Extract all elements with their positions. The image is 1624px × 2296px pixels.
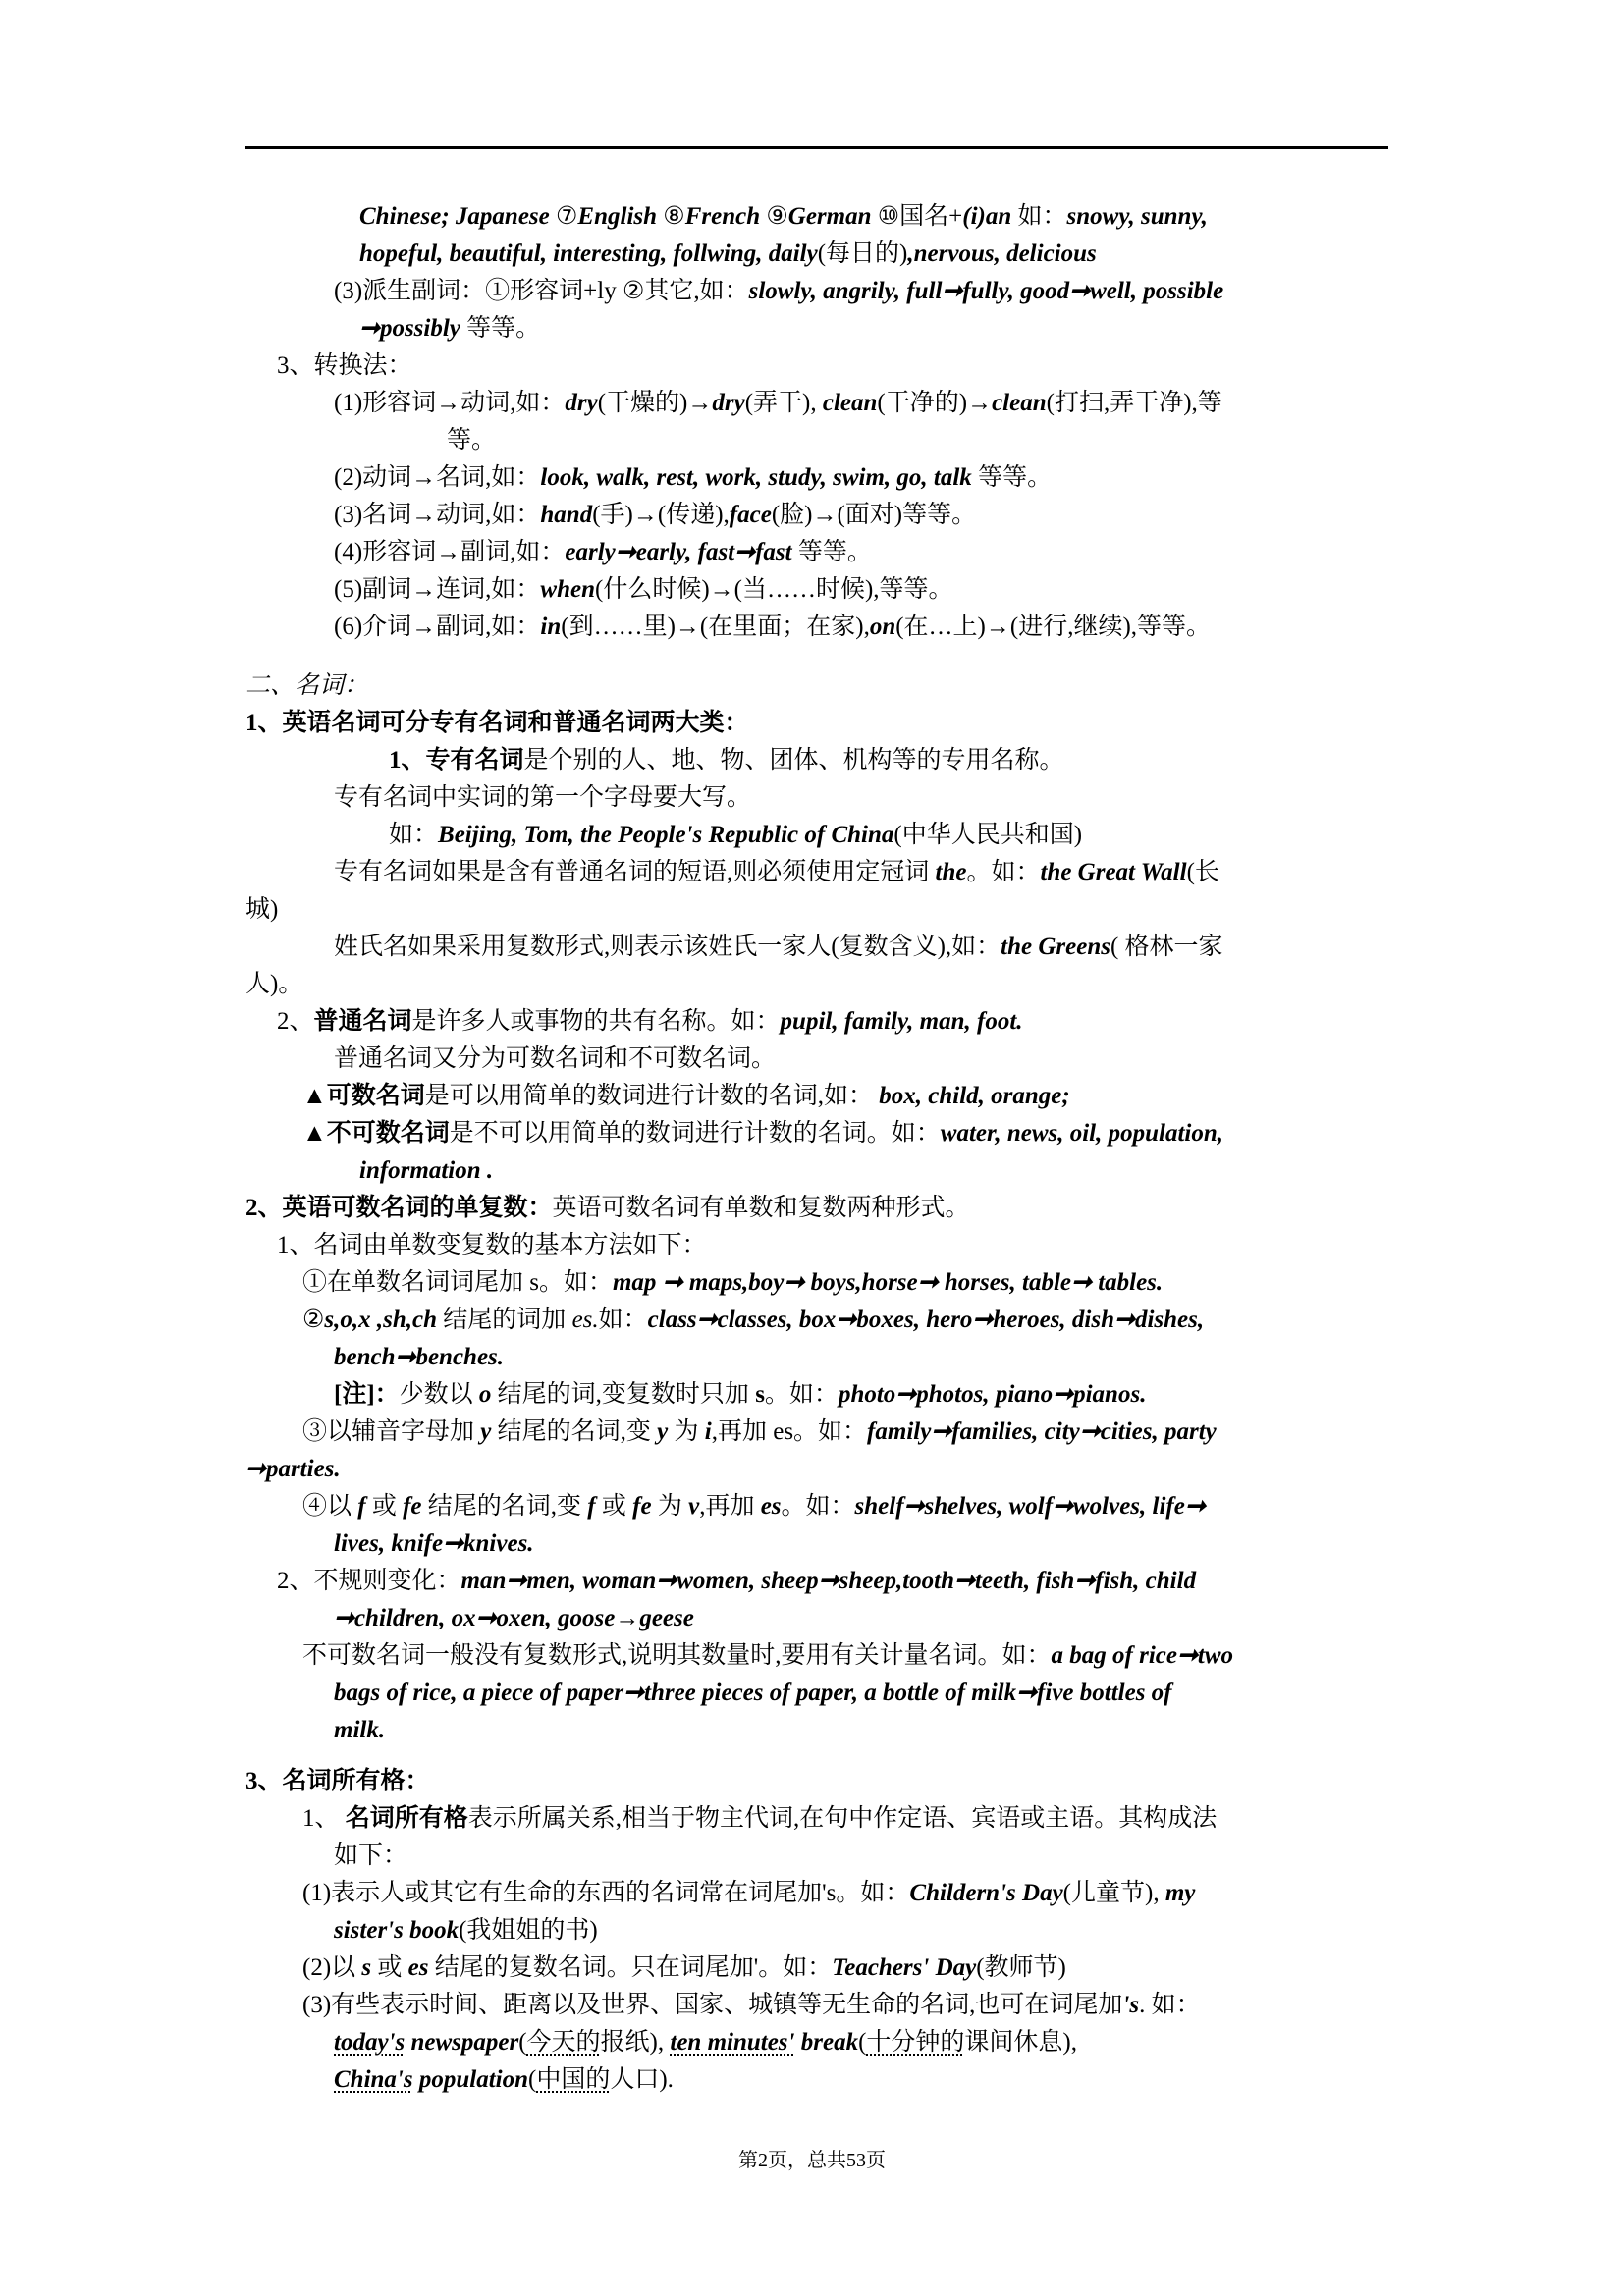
text-segment: China's	[334, 2066, 413, 2093]
text-segment: 为	[668, 1418, 705, 1445]
text-segment: 是个别的人、地、物、团体、机构等的专用名称。	[524, 747, 1064, 774]
text-segment: lives, knife➞knives.	[334, 1530, 534, 1557]
text-segment: hand	[540, 502, 592, 528]
text-segment: (4)形容词→副词,如：	[334, 539, 565, 565]
text-segment: y	[480, 1418, 491, 1445]
text-segment: 如：	[1145, 1992, 1200, 2018]
text-segment: 今天的	[527, 2029, 601, 2056]
text-segment: 普通名词	[314, 1008, 412, 1035]
text-line: ➞parties.	[245, 1455, 341, 1484]
text-line: (5)副词→连词,如：when(什么时候)→(当……时候),等等。	[334, 575, 953, 605]
text-segment: fe	[632, 1493, 651, 1520]
text-line: (3)有些表示时间、距离以及世界、国家、城镇等无生命的名词,也可在词尾加's. …	[302, 1991, 1201, 2020]
text-segment: (儿童节),	[1063, 1880, 1165, 1906]
text-segment: map ➞ maps,boy➞ boys,horse➞ horses, tabl…	[613, 1269, 1163, 1296]
text-line: 等。	[447, 426, 496, 455]
text-segment: (1)形容词→动词,如：	[334, 390, 565, 416]
text-segment: ③以辅音字母加	[302, 1418, 480, 1445]
text-segment: 。如：	[966, 859, 1040, 885]
text-segment: 2、	[277, 1008, 314, 1035]
text-segment: 1、	[302, 1805, 346, 1832]
text-segment: (3)名词→动词,如：	[334, 502, 540, 528]
text-segment: pupil, family, man, foot.	[781, 1008, 1023, 1035]
text-line: 普通名词又分为可数名词和不可数名词。	[334, 1044, 776, 1074]
text-line: 城)	[245, 895, 278, 925]
text-line: hopeful, beautiful, interesting, follwin…	[359, 240, 1097, 269]
text-segment: ⑨	[766, 203, 787, 230]
text-segment: (干净的)→	[877, 390, 992, 416]
text-segment: 是可以用简单的数词进行计数的名词,如：	[425, 1083, 880, 1109]
text-line: (1)形容词→动词,如：dry(干燥的)→dry(弄干), clean(干净的)…	[334, 389, 1222, 418]
text-segment: sister's book	[334, 1917, 459, 1944]
text-segment: 3、转换法：	[277, 352, 412, 379]
text-segment: Beijing, Tom, the People's Republic of C…	[438, 822, 893, 848]
text-segment: 不可数名词一般没有复数形式,说明其数量时,要用有关计量名词。如：	[302, 1642, 1052, 1669]
text-segment: v	[688, 1493, 699, 1520]
text-line: 2、普通名词是许多人或事物的共有名称。如：pupil, family, man,…	[277, 1007, 1023, 1037]
text-segment: (1)表示人或其它有生命的东西的名词常在词尾加's。如：	[302, 1880, 909, 1906]
text-segment: 结尾的词,变复数时只加	[491, 1381, 755, 1408]
text-line: (2)以 s 或 es 结尾的复数名词。只在词尾加'。如：Teachers' D…	[302, 1953, 1066, 1983]
text-line: Chinese; Japanese ⑦English ⑧French ⑨Germ…	[359, 202, 1208, 232]
text-segment: 普通名词又分为可数名词和不可数名词。	[334, 1045, 776, 1072]
text-segment: 十分钟的	[866, 2029, 964, 2056]
text-segment: ➞possibly	[359, 315, 460, 342]
text-segment: family➞families, city➞cities, party	[867, 1418, 1217, 1445]
text-line: 二、名词：	[245, 671, 368, 701]
text-line: ③以辅音字母加 y 结尾的名词,变 y 为 i,再加 es。如：family➞f…	[302, 1417, 1217, 1447]
text-segment: (6)介词→副词,如：	[334, 614, 540, 640]
text-segment: ( 格林一家	[1110, 934, 1223, 960]
text-line: milk.	[334, 1716, 385, 1745]
text-segment: dry	[712, 390, 744, 416]
text-segment: ,nervous, delicious	[907, 240, 1096, 267]
text-segment: (2)以	[302, 1954, 361, 1981]
text-line: 专有名词中实词的第一个字母要大写。	[334, 783, 751, 813]
text-segment: Childern's Day	[909, 1880, 1062, 1906]
text-segment: ①在单数名词词尾加 s。如：	[302, 1269, 613, 1296]
text-segment: o	[479, 1381, 492, 1408]
text-segment: 中国的	[536, 2066, 610, 2093]
text-segment: es.	[572, 1307, 599, 1333]
text-line: 专有名词如果是含有普通名词的短语,则必须使用定冠词 the。如：the Grea…	[334, 858, 1219, 887]
text-segment: [注]：	[334, 1381, 400, 1408]
text-segment: 等。	[447, 427, 496, 454]
text-line: (3)派生副词：①形容词+ly ②其它,如：slowly, angrily, f…	[334, 277, 1223, 306]
text-segment: s	[755, 1381, 765, 1408]
text-segment: the Great Wall	[1040, 859, 1186, 885]
text-line: [注]：少数以 o 结尾的词,变复数时只加 s。如：photo➞photos, …	[334, 1380, 1146, 1410]
text-segment: ⑦	[556, 203, 577, 230]
text-segment: 结尾的词加	[437, 1307, 572, 1333]
text-segment: (教师节)	[976, 1954, 1066, 1981]
text-segment: class➞classes, box➞boxes, hero➞heroes, d…	[648, 1307, 1204, 1333]
text-segment: a bag of rice➞two	[1052, 1642, 1234, 1669]
text-segment: the Greens	[1001, 934, 1110, 960]
text-segment: dry	[565, 390, 597, 416]
text-segment: 或	[371, 1954, 408, 1981]
text-segment: f	[587, 1493, 595, 1520]
text-segment: (3)派生副词：①形容词+ly ②其它,如：	[334, 278, 749, 304]
text-segment: 表示所属关系,相当于物主代词,在句中作定语、宾语或主语。其构成法	[468, 1805, 1218, 1832]
text-segment: (中华人民共和国)	[893, 822, 1082, 848]
text-segment: 等等。	[460, 315, 540, 342]
text-line: (6)介词→副词,如：in(到……里)→(在里面；在家),on(在…上)→(进行…	[334, 613, 1211, 642]
text-segment: (打扫,弄干净),等	[1047, 390, 1222, 416]
text-segment: 姓氏名如果采用复数形式,则表示该姓氏一家人(复数含义),如：	[334, 934, 1001, 960]
text-segment: 3、名词所有格：	[245, 1768, 430, 1794]
text-segment: 城)	[245, 896, 278, 923]
text-segment: ②	[302, 1307, 324, 1333]
text-segment: (脸)→(面对)等等。	[772, 502, 976, 528]
text-segment: (弄干),	[745, 390, 823, 416]
text-segment: (5)副词→连词,如：	[334, 576, 540, 603]
text-line: 1、专有名词是个别的人、地、物、团体、机构等的专用名称。	[389, 746, 1064, 775]
text-segment: 如下：	[334, 1842, 407, 1869]
text-segment: clean	[992, 390, 1047, 416]
text-segment: today's	[334, 2029, 405, 2056]
text-segment: 英语可数名词有单数和复数两种形式。	[553, 1195, 970, 1221]
text-segment: snowy, sunny,	[1067, 203, 1208, 230]
text-segment: 课间休息),	[964, 2029, 1077, 2056]
text-segment: 1、名词由单数变复数的基本方法如下：	[277, 1232, 707, 1258]
text-line: 1、 名词所有格表示所属关系,相当于物主代词,在句中作定语、宾语或主语。其构成法	[302, 1804, 1217, 1834]
text-line: ➞possibly 等等。	[359, 314, 540, 344]
text-segment: face	[730, 502, 772, 528]
text-line: (1)表示人或其它有生命的东西的名词常在词尾加's。如：Childern's D…	[302, 1879, 1195, 1908]
text-segment: (	[518, 2029, 526, 2056]
text-line: 1、名词由单数变复数的基本方法如下：	[277, 1231, 707, 1260]
text-segment: shelf➞shelves, wolf➞wolves, life➞	[855, 1493, 1206, 1520]
text-segment: 结尾的名词,变	[491, 1418, 657, 1445]
text-segment: (在…上)→(进行,继续),等等。	[895, 614, 1211, 640]
text-segment: French	[685, 203, 767, 230]
text-segment: Chinese; Japanese	[359, 203, 556, 230]
text-segment: 如：	[599, 1307, 648, 1333]
text-line: bench➞benches.	[334, 1343, 504, 1372]
text-segment: water, news, oil, population,	[941, 1120, 1223, 1147]
text-segment: 1、专有名词	[389, 747, 524, 774]
text-segment: bench➞benches.	[334, 1344, 504, 1370]
text-segment: ,再加	[699, 1493, 761, 1520]
text-segment: (3)有些表示时间、距离以及世界、国家、城镇等无生命的名词,也可在词尾加	[302, 1992, 1122, 2018]
text-segment: 或	[596, 1493, 633, 1520]
text-line: sister's book(我姐姐的书)	[334, 1916, 598, 1946]
text-segment: ⑧	[663, 203, 684, 230]
text-segment: hopeful, beautiful, interesting, follwin…	[359, 240, 818, 267]
text-segment: ▲可数名词	[302, 1083, 425, 1109]
text-segment: when	[540, 576, 595, 603]
text-line: ④以 f 或 fe 结尾的名词,变 f 或 fe 为 v,再加 es。如：she…	[302, 1492, 1206, 1522]
text-segment: 2、英语可数名词的单复数：	[245, 1195, 553, 1221]
text-segment: 等等。	[792, 539, 872, 565]
text-segment: 2、不规则变化：	[277, 1568, 461, 1594]
text-segment: (i)an	[962, 203, 1011, 230]
text-segment: ④以	[302, 1493, 357, 1520]
text-segment: (我姐姐的书)	[459, 1917, 598, 1944]
text-line: 姓氏名如果采用复数形式,则表示该姓氏一家人(复数含义),如：the Greens…	[334, 933, 1223, 962]
text-line: (2)动词→名词,如：look, walk, rest, work, study…	[334, 463, 1052, 493]
text-line: (3)名词→动词,如：hand(手)→(传递),face(脸)→(面对)等等。	[334, 501, 976, 530]
text-line: information .	[359, 1156, 493, 1186]
text-segment: 等等。	[972, 464, 1052, 491]
text-segment: 报纸),	[601, 2029, 671, 2056]
text-segment: es	[761, 1493, 782, 1520]
text-segment: on	[870, 614, 895, 640]
text-segment: 二、名词：	[245, 672, 368, 699]
text-segment: fe	[403, 1493, 421, 1520]
text-line: 人)。	[245, 970, 302, 999]
text-segment: English	[577, 203, 663, 230]
text-segment: clean	[823, 390, 878, 416]
text-segment: s,o,x ,sh,ch	[324, 1307, 437, 1333]
text-line: 1、英语名词可分专有名词和普通名词两大类：	[245, 709, 749, 738]
text-line: today's newspaper(今天的报纸), ten minutes' b…	[334, 2028, 1077, 2057]
text-segment: milk.	[334, 1717, 385, 1743]
text-segment: i	[705, 1418, 712, 1445]
text-segment: 人口).	[610, 2066, 674, 2093]
text-segment: ten minutes'	[670, 2029, 794, 2056]
text-line: ②s,o,x ,sh,ch 结尾的词加 es.如：class➞classes, …	[302, 1306, 1204, 1335]
text-segment: 's	[1122, 1992, 1139, 2018]
text-segment: in	[540, 614, 561, 640]
text-segment: 专有名词如果是含有普通名词的短语,则必须使用定冠词	[334, 859, 936, 885]
text-segment: population	[413, 2066, 528, 2093]
text-segment: the	[936, 859, 967, 885]
text-line: (4)形容词→副词,如：early➞early, fast➞fast 等等。	[334, 538, 872, 567]
text-segment: (什么时候)→(当……时候),等等。	[595, 576, 953, 603]
text-line: China's population(中国的人口).	[334, 2065, 674, 2095]
page-footer: 第2页，总共53页	[0, 2144, 1624, 2172]
text-segment: (每日的)	[818, 240, 908, 267]
text-line: 如：Beijing, Tom, the People's Republic of…	[389, 821, 1082, 850]
text-segment: man➞men, woman➞women, sheep➞sheep,tooth➞…	[461, 1568, 1197, 1594]
text-segment: 专有名词中实词的第一个字母要大写。	[334, 784, 751, 811]
text-segment: ⑩国名+	[878, 203, 963, 230]
text-line: bags of rice, a piece of paper➞three pie…	[334, 1679, 1172, 1708]
header-rule	[245, 146, 1388, 149]
text-segment: German	[788, 203, 878, 230]
text-line: 3、名词所有格：	[245, 1767, 430, 1796]
text-segment: 如：	[1011, 203, 1066, 230]
text-segment: 。如：	[765, 1381, 839, 1408]
text-segment: es	[408, 1954, 429, 1981]
text-segment: 1、英语名词可分专有名词和普通名词两大类：	[245, 710, 749, 736]
text-segment: 人)。	[245, 971, 302, 997]
text-line: ▲可数名词是可以用简单的数词进行计数的名词,如： box, child, ora…	[302, 1082, 1070, 1111]
text-segment: 为	[652, 1493, 689, 1520]
text-segment: 少数以	[400, 1381, 479, 1408]
text-segment: (到……里)→(在里面；在家),	[561, 614, 870, 640]
text-segment: 是不可以用简单的数词进行计数的名词。如：	[450, 1120, 941, 1147]
text-line: ➞children, ox➞oxen, goose→geese	[334, 1604, 694, 1633]
text-segment: ➞parties.	[245, 1456, 341, 1482]
text-segment: break	[795, 2029, 859, 2056]
text-segment: newspaper	[405, 2029, 518, 2056]
text-segment: look, walk, rest, work, study, swim, go,…	[540, 464, 971, 491]
text-segment: 名词所有格	[346, 1805, 468, 1832]
text-segment: y	[657, 1418, 668, 1445]
text-segment: 是许多人或事物的共有名称。如：	[412, 1008, 781, 1035]
text-segment: 。如：	[782, 1493, 855, 1520]
text-segment: information .	[359, 1157, 493, 1184]
text-line: 3、转换法：	[277, 351, 412, 381]
text-segment: 结尾的复数名词。只在词尾加'。如：	[428, 1954, 832, 1981]
text-line: ▲不可数名词是不可以用简单的数词进行计数的名词。如：water, news, o…	[302, 1119, 1223, 1148]
text-segment: 结尾的名词,变	[422, 1493, 588, 1520]
text-line: lives, knife➞knives.	[334, 1529, 534, 1559]
text-segment: ➞children, ox➞oxen, goose→geese	[334, 1605, 694, 1631]
text-segment: (长	[1187, 859, 1219, 885]
text-segment: ,再加 es。如：	[712, 1418, 867, 1445]
text-segment: photo➞photos, piano➞pianos.	[839, 1381, 1147, 1408]
text-segment: (干燥的)→	[598, 390, 713, 416]
text-segment: bags of rice, a piece of paper➞three pie…	[334, 1680, 1172, 1706]
text-segment: ▲不可数名词	[302, 1120, 450, 1147]
text-segment: (2)动词→名词,如：	[334, 464, 540, 491]
text-segment: early➞early, fast➞fast	[565, 539, 791, 565]
text-segment: box, child, orange;	[879, 1083, 1069, 1109]
text-segment: 或	[366, 1493, 404, 1520]
text-line: 不可数名词一般没有复数形式,说明其数量时,要用有关计量名词。如：a bag of…	[302, 1641, 1233, 1671]
text-line: ①在单数名词词尾加 s。如：map ➞ maps,boy➞ boys,horse…	[302, 1268, 1163, 1298]
text-segment: slowly, angrily, full➞fully, good➞well, …	[749, 278, 1224, 304]
text-line: 2、不规则变化：man➞men, woman➞women, sheep➞shee…	[277, 1567, 1196, 1596]
text-segment: s	[361, 1954, 371, 1981]
text-line: 2、英语可数名词的单复数：英语可数名词有单数和复数两种形式。	[245, 1194, 970, 1223]
text-segment: Teachers' Day	[832, 1954, 976, 1981]
text-segment: (手)→(传递),	[592, 502, 730, 528]
text-segment: f	[357, 1493, 365, 1520]
text-segment: my	[1165, 1880, 1196, 1906]
text-segment: 如：	[389, 822, 438, 848]
text-line: 如下：	[334, 1842, 407, 1871]
